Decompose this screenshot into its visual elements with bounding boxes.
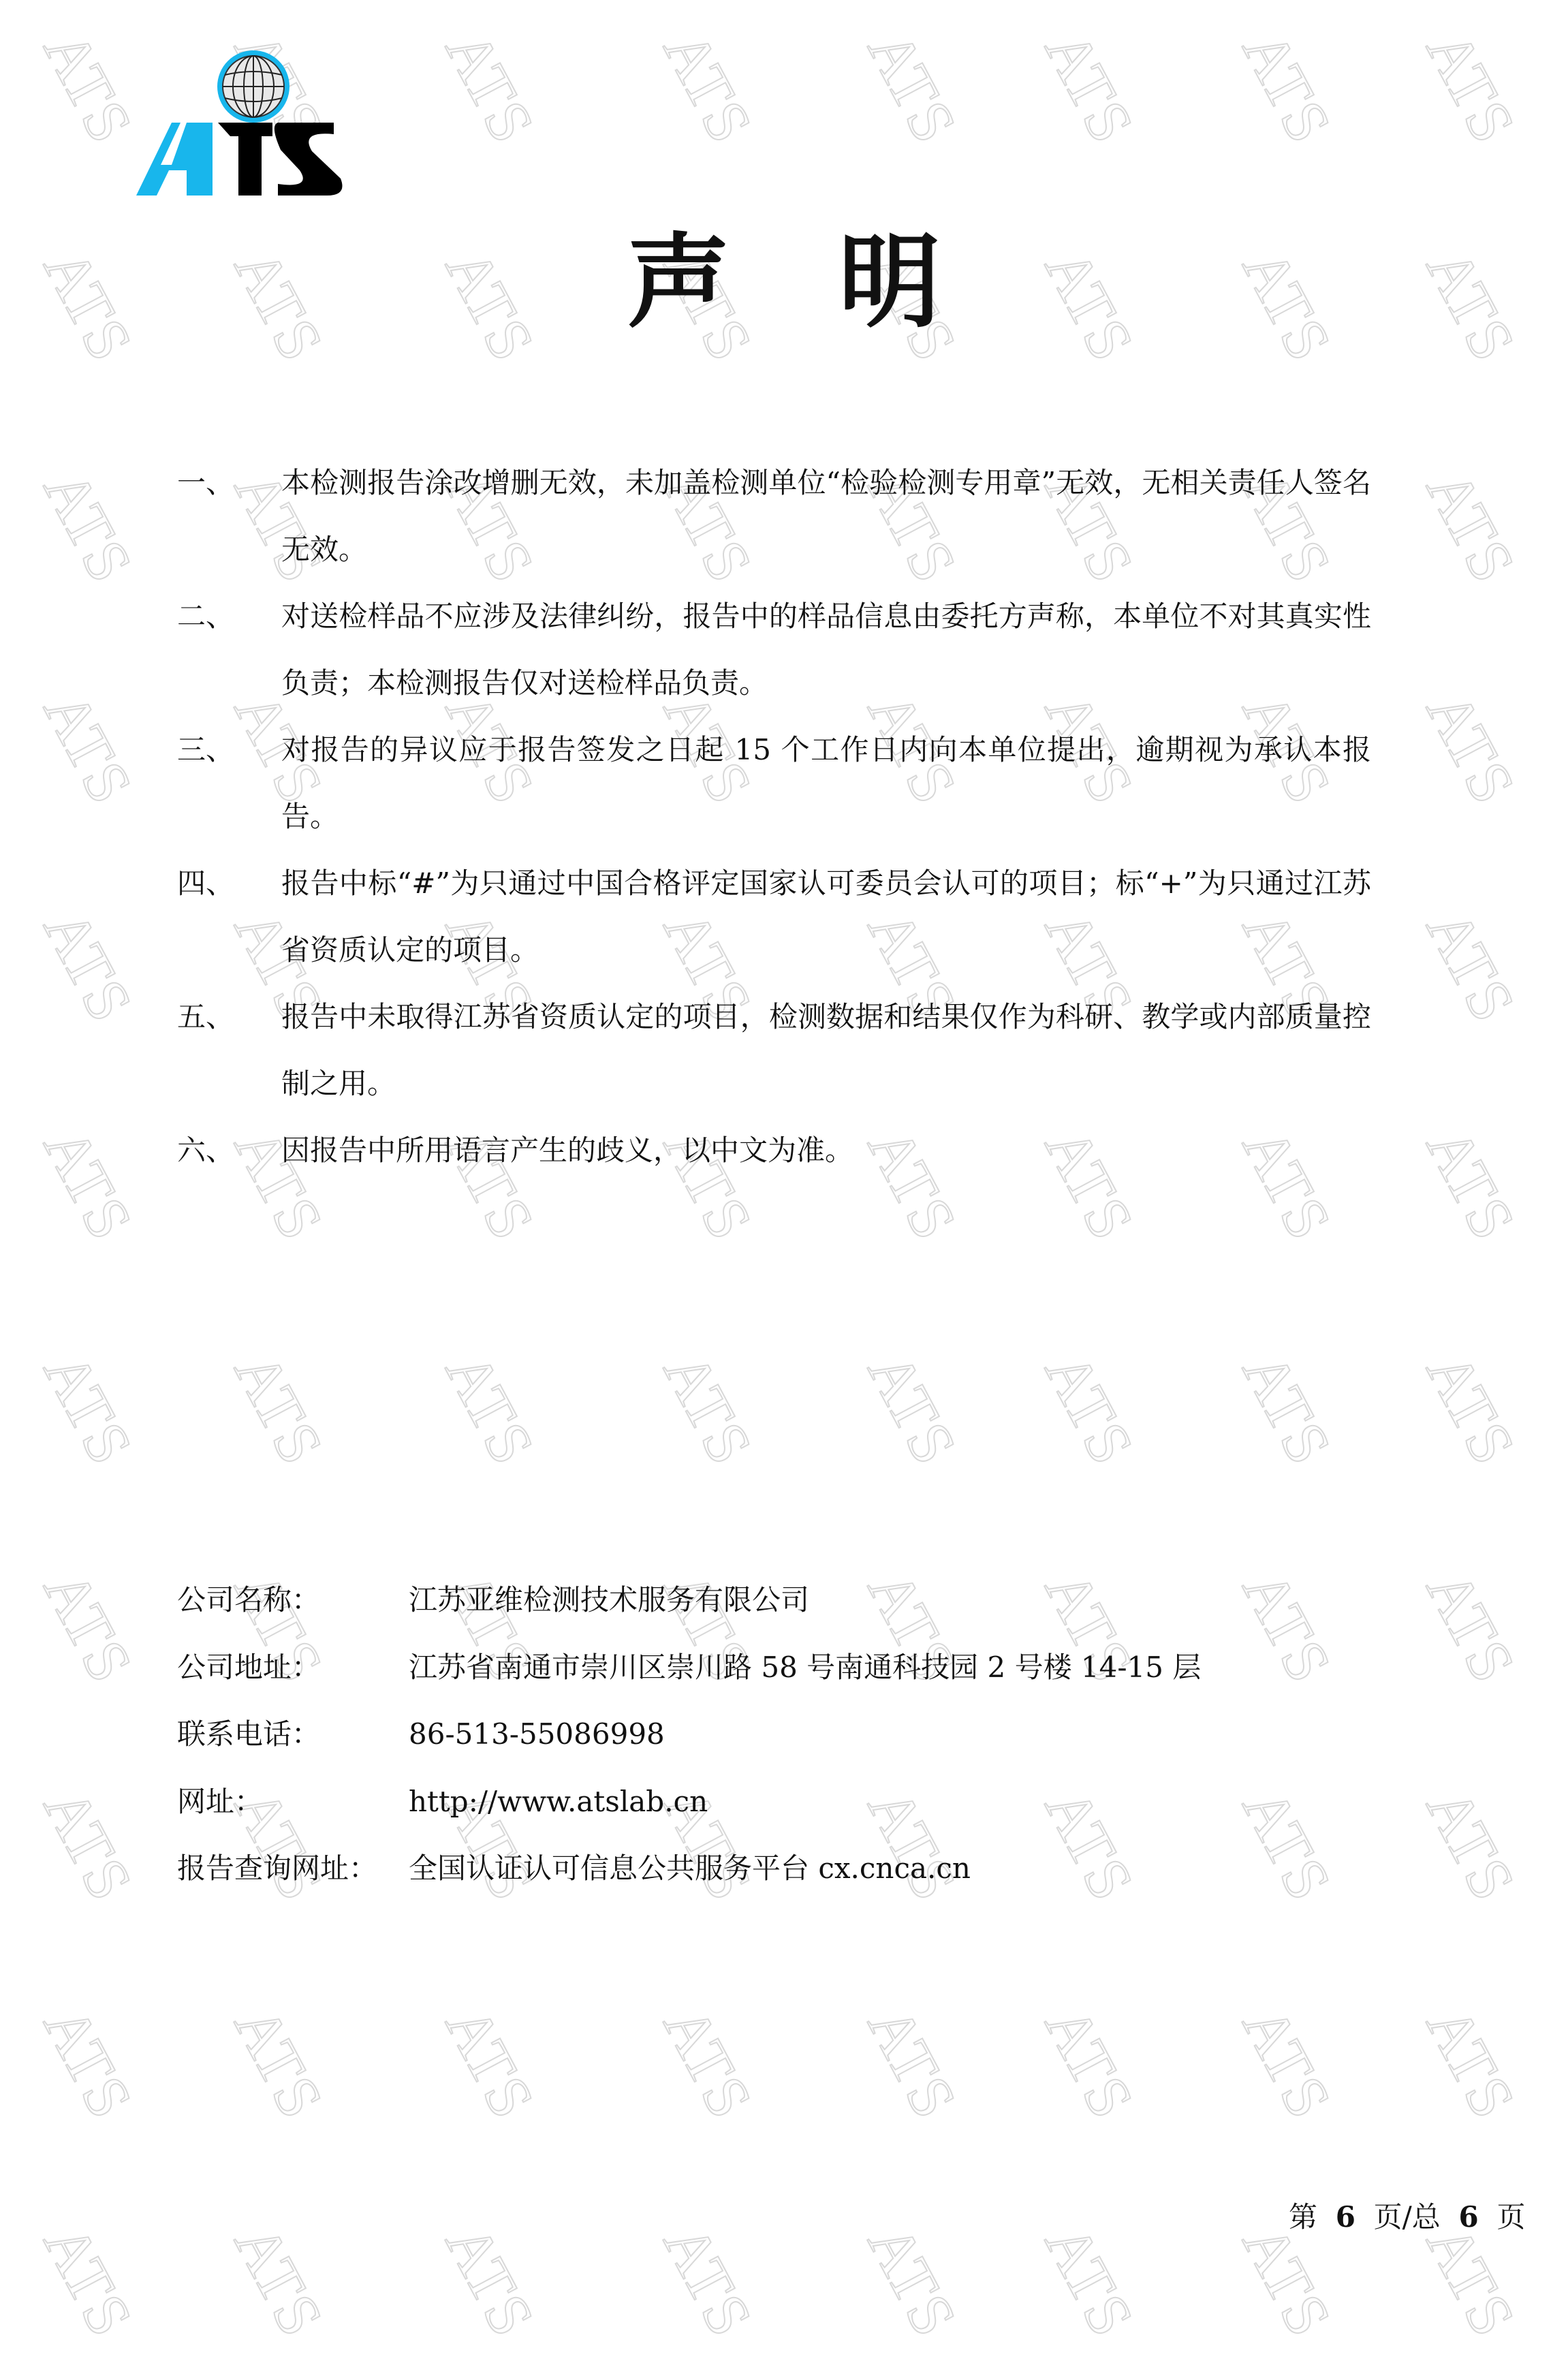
company-address-label: 公司地址：	[177, 1634, 409, 1702]
clause-index: 一、	[177, 450, 281, 583]
report-query-row: 报告查询网址： 全国认证认可信息公共服务平台 cx.cnca.cn	[177, 1835, 1403, 1903]
clause-text: 因报告中所用语言产生的歧义，以中文为准。	[281, 1117, 1371, 1184]
company-website-link[interactable]: http://www.atslab.cn	[409, 1768, 1403, 1836]
ats-logo-icon	[136, 49, 371, 199]
clause-index: 四、	[177, 850, 281, 984]
clause-item: 四、 报告中标“#”为只通过中国合格评定国家认可委员会认可的项目；标“+”为只通…	[177, 850, 1403, 984]
current-page: 6	[1336, 2200, 1355, 2234]
company-phone-row: 联系电话： 86-513-55086998	[177, 1701, 1403, 1768]
title-char-1: 声	[627, 218, 730, 347]
company-info: 公司名称： 江苏亚维检测技术服务有限公司 公司地址： 江苏省南通市崇川区崇川路 …	[177, 1567, 1403, 1903]
clause-index: 六、	[177, 1117, 281, 1184]
page-suffix: 页	[1496, 2200, 1525, 2234]
page-title: 声明	[0, 218, 1568, 347]
clause-index: 五、	[177, 984, 281, 1117]
company-name-value: 江苏亚维检测技术服务有限公司	[409, 1567, 1403, 1634]
clause-index: 二、	[177, 583, 281, 717]
statement-clauses: 一、 本检测报告涂改增删无效，未加盖检测单位“检验检测专用章”无效，无相关责任人…	[177, 450, 1403, 1184]
company-name-label: 公司名称：	[177, 1567, 409, 1634]
total-pages: 6	[1459, 2200, 1479, 2234]
page-middle: 页/总	[1374, 2200, 1441, 2234]
clause-text: 报告中标“#”为只通过中国合格评定国家认可委员会认可的项目；标“+”为只通过江苏…	[281, 850, 1371, 984]
report-query-value: 全国认证认可信息公共服务平台 cx.cnca.cn	[409, 1835, 1403, 1903]
clause-item: 六、 因报告中所用语言产生的歧义，以中文为准。	[177, 1117, 1403, 1184]
company-address-value: 江苏省南通市崇川区崇川路 58 号南通科技园 2 号楼 14-15 层	[409, 1634, 1403, 1702]
ats-logo	[136, 49, 371, 199]
clause-text: 报告中未取得江苏省资质认定的项目，检测数据和结果仅作为科研、教学或内部质量控制之…	[281, 984, 1371, 1117]
company-phone-value: 86-513-55086998	[409, 1701, 1403, 1768]
clause-item: 一、 本检测报告涂改增删无效，未加盖检测单位“检验检测专用章”无效，无相关责任人…	[177, 450, 1403, 583]
clause-text: 对送检样品不应涉及法律纠纷，报告中的样品信息由委托方声称，本单位不对其真实性负责…	[281, 583, 1371, 717]
globe-icon	[217, 50, 289, 123]
title-char-2: 明	[838, 218, 941, 347]
clause-item: 三、 对报告的异议应于报告签发之日起 15 个工作日内向本单位提出，逾期视为承认…	[177, 717, 1403, 850]
company-website-label: 网址：	[177, 1768, 409, 1836]
clause-item: 五、 报告中未取得江苏省资质认定的项目，检测数据和结果仅作为科研、教学或内部质量…	[177, 984, 1403, 1117]
report-query-label: 报告查询网址：	[177, 1835, 409, 1903]
document-page: 声明 一、 本检测报告涂改增删无效，未加盖检测单位“检验检测专用章”无效，无相关…	[0, 0, 1568, 2376]
company-name-row: 公司名称： 江苏亚维检测技术服务有限公司	[177, 1567, 1403, 1634]
page-prefix: 第	[1289, 2200, 1317, 2234]
clause-item: 二、 对送检样品不应涉及法律纠纷，报告中的样品信息由委托方声称，本单位不对其真实…	[177, 583, 1403, 717]
company-address-row: 公司地址： 江苏省南通市崇川区崇川路 58 号南通科技园 2 号楼 14-15 …	[177, 1634, 1403, 1702]
clause-index: 三、	[177, 717, 281, 850]
clause-text: 对报告的异议应于报告签发之日起 15 个工作日内向本单位提出，逾期视为承认本报告…	[281, 717, 1371, 850]
company-website-row: 网址： http://www.atslab.cn	[177, 1768, 1403, 1836]
company-phone-label: 联系电话：	[177, 1701, 409, 1768]
clause-text: 本检测报告涂改增删无效，未加盖检测单位“检验检测专用章”无效，无相关责任人签名无…	[281, 450, 1371, 583]
page-number: 第 6 页/总 6 页	[1289, 2197, 1525, 2238]
